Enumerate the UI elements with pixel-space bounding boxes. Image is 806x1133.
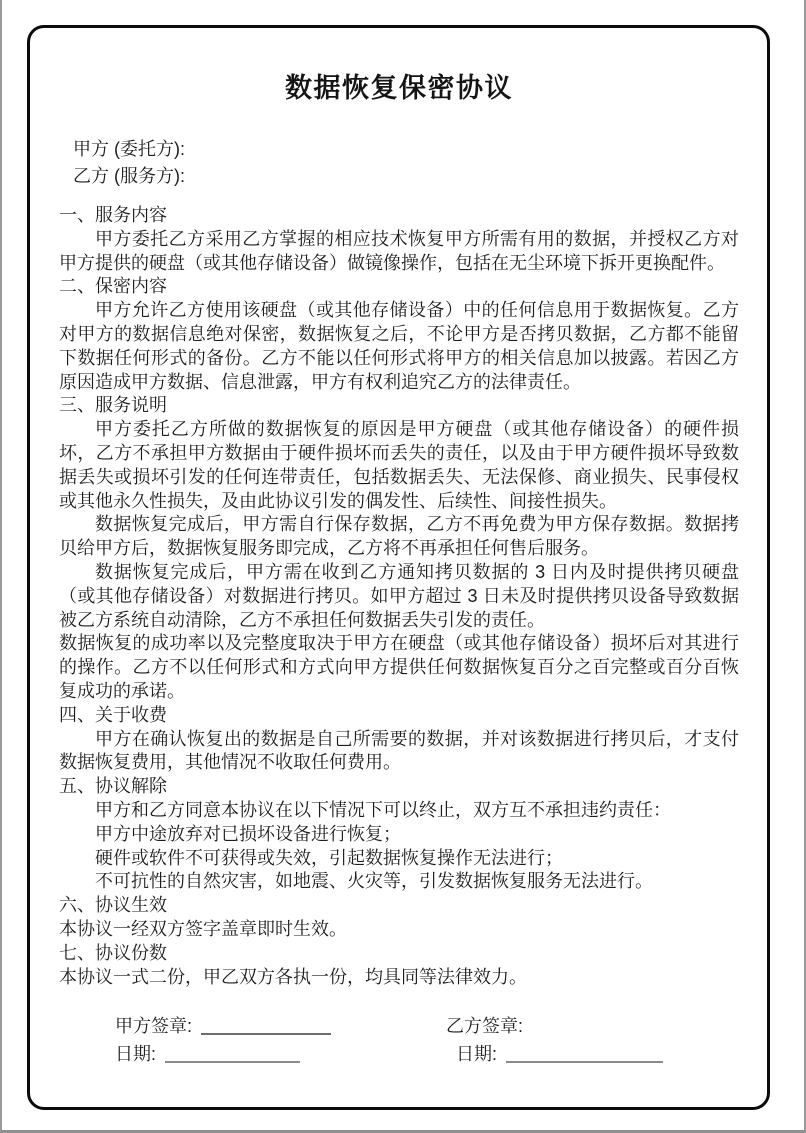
paragraph: 甲方和乙方同意本协议在以下情况下可以终止，双方互不承担违约责任： bbox=[59, 799, 739, 823]
paragraph: 甲方委托乙方所做的数据恢复的原因是甲方硬盘（或其他存储设备）的硬件损坏，乙方不承… bbox=[59, 418, 739, 513]
document-title: 数据恢复保密协议 bbox=[59, 70, 739, 106]
party-b-seal: 乙方签章: bbox=[446, 1012, 523, 1038]
signature-block: 甲方签章: 乙方签章: 日期: 日期: bbox=[59, 1012, 739, 1068]
party-b-date: 日期: bbox=[446, 1040, 663, 1066]
signature-date-row: 日期: 日期: bbox=[115, 1040, 739, 1068]
paragraph: 本协议一式二份，甲乙双方各执一份，均具同等法律效力。 bbox=[59, 966, 739, 990]
paragraph: 数据恢复完成后，甲方需自行保存数据，乙方不再免费为甲方保存数据。数据拷贝给甲方后… bbox=[59, 513, 739, 561]
party-a-date: 日期: bbox=[115, 1040, 446, 1066]
paragraph: 不可抗性的自然灾害，如地震、火灾等，引发数据恢复服务无法进行。 bbox=[59, 870, 739, 894]
section-heading: 七、协议份数 bbox=[59, 942, 739, 966]
paragraph: 数据恢复完成后，甲方需在收到乙方通知拷贝数据的 3 日内及时提供拷贝硬盘（或其他… bbox=[59, 561, 739, 632]
party-a-seal: 甲方签章: bbox=[115, 1012, 446, 1038]
document-page: 数据恢复保密协议 甲方 (委托方): 乙方 (服务方): 一、服务内容 甲方委托… bbox=[0, 0, 806, 1133]
party-a-seal-label: 甲方签章: bbox=[115, 1012, 192, 1038]
paragraph: 甲方在确认恢复出的数据是自己所需要的数据，并对该数据进行拷贝后，才支付数据恢复费… bbox=[59, 728, 739, 776]
section-heading: 一、服务内容 bbox=[59, 204, 739, 228]
paragraph: 硬件或软件不可获得或失效，引起数据恢复操作无法进行； bbox=[59, 847, 739, 871]
agreement-body: 一、服务内容 甲方委托乙方采用乙方掌握的相应技术恢复甲方所需有用的数据，并授权乙… bbox=[59, 204, 739, 989]
party-b-seal-label: 乙方签章: bbox=[446, 1012, 523, 1038]
party-a-seal-line bbox=[201, 1032, 331, 1035]
section-heading: 四、关于收费 bbox=[59, 704, 739, 728]
party-a-line: 甲方 (委托方): bbox=[73, 136, 739, 163]
parties-block: 甲方 (委托方): 乙方 (服务方): bbox=[59, 136, 739, 190]
paragraph: 本协议一经双方签字盖章即时生效。 bbox=[59, 918, 739, 942]
party-a-date-label: 日期: bbox=[115, 1040, 156, 1066]
section-heading: 五、协议解除 bbox=[59, 775, 739, 799]
section-heading: 二、保密内容 bbox=[59, 275, 739, 299]
paragraph: 甲方中途放弃对已损坏设备进行恢复； bbox=[59, 823, 739, 847]
party-b-date-line bbox=[506, 1060, 663, 1063]
section-heading: 六、协议生效 bbox=[59, 894, 739, 918]
paragraph: 甲方允许乙方使用该硬盘（或其他存储设备）中的任何信息用于数据恢复。乙方对甲方的数… bbox=[59, 299, 739, 394]
paragraph: 甲方委托乙方采用乙方掌握的相应技术恢复甲方所需有用的数据，并授权乙方对甲方提供的… bbox=[59, 228, 739, 276]
party-b-line: 乙方 (服务方): bbox=[73, 163, 739, 190]
agreement-border-frame: 数据恢复保密协议 甲方 (委托方): 乙方 (服务方): 一、服务内容 甲方委托… bbox=[27, 25, 770, 1110]
party-b-date-label: 日期: bbox=[456, 1040, 497, 1066]
section-heading: 三、服务说明 bbox=[59, 394, 739, 418]
signature-seal-row: 甲方签章: 乙方签章: bbox=[115, 1012, 739, 1040]
party-a-date-line bbox=[165, 1060, 300, 1063]
paragraph: 数据恢复的成功率以及完整度取决于甲方在硬盘（或其他存储设备）损坏后对其进行的操作… bbox=[59, 632, 739, 703]
